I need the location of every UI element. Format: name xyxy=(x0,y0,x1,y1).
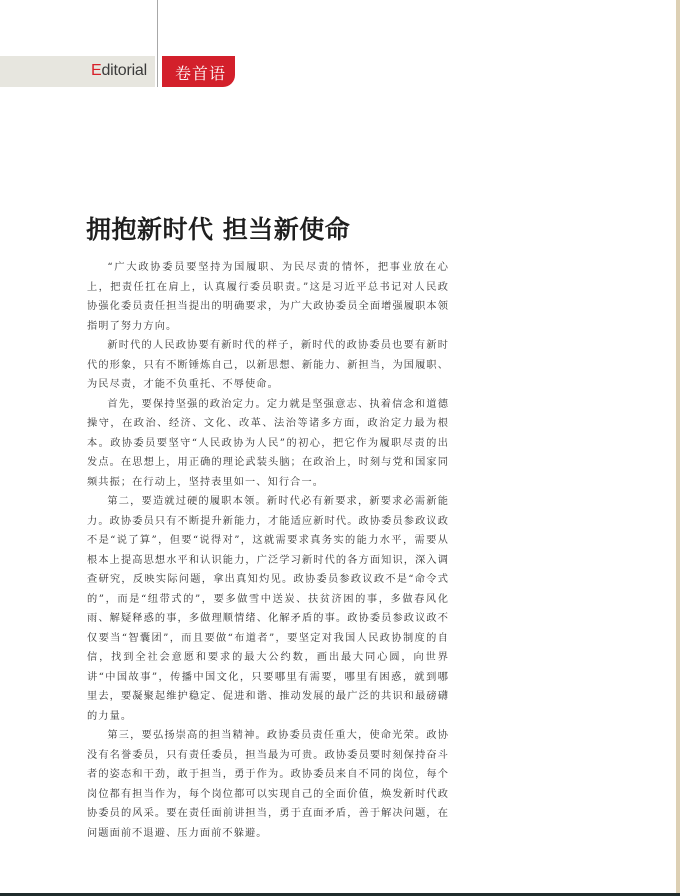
article-title: 拥抱新时代 担当新使命 xyxy=(86,210,350,246)
header-divider xyxy=(157,0,158,87)
magazine-page: Editorial 卷首语 拥抱新时代 担当新使命 “广大政协委员要坚持为国履职… xyxy=(0,0,680,896)
paragraph-second-point: 第二，要造就过硬的履职本领。新时代必有新要求，新要求必需新能力。政协委员只有不断… xyxy=(87,492,449,726)
paragraph-2: 新时代的人民政协要有新时代的样子，新时代的政协委员也要有新时代的形象，只有不断锤… xyxy=(87,336,449,395)
section-label-en: Editorial xyxy=(91,62,147,80)
paragraph-intro: “广大政协委员要坚持为国履职、为民尽责的情怀，把事业放在心上，把责任扛在肩上，认… xyxy=(87,258,449,336)
section-label-cn: 卷首语 xyxy=(175,61,226,84)
page-edge xyxy=(676,0,680,896)
section-label-en-rest: ditorial xyxy=(101,62,147,79)
paragraph-first-point: 首先，要保持坚强的政治定力。定力就是坚强意志、执着信念和道德操守，在政治、经济、… xyxy=(87,395,449,493)
section-label-band: Editorial xyxy=(0,56,155,87)
paragraph-third-point: 第三，要弘扬崇高的担当精神。政协委员责任重大，使命光荣。政协没有名誉委员，只有责… xyxy=(87,726,449,843)
article-body: “广大政协委员要坚持为国履职、为民尽责的情怀，把事业放在心上，把责任扛在肩上，认… xyxy=(87,258,449,843)
section-tab: 卷首语 xyxy=(162,56,235,87)
section-label-en-initial: E xyxy=(91,62,101,79)
